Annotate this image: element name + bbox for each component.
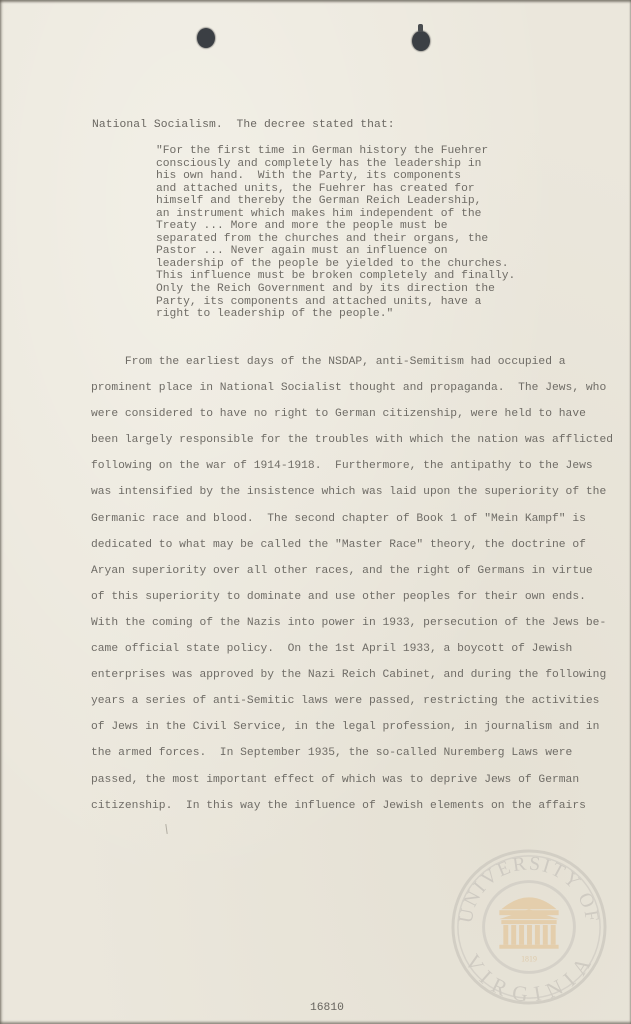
body-line: prominent place in National Socialist th…	[91, 381, 613, 407]
body-line: From the earliest days of the NSDAP, ant…	[91, 355, 613, 381]
quote-line: and attached units, the Fuehrer has crea…	[156, 183, 515, 196]
quote-line: Only the Reich Government and by its dir…	[156, 283, 515, 296]
quote-line: "For the first time in German history th…	[156, 145, 515, 158]
body-line: of Jews in the Civil Service, in the leg…	[91, 720, 613, 746]
body-line: Germanic race and blood. The second chap…	[91, 512, 613, 538]
body-line: citizenship. In this way the influence o…	[91, 799, 613, 825]
body-line: dedicated to what may be called the "Mas…	[91, 538, 613, 564]
university-seal-watermark: UNIVERSITY OF VIRGINIA 1819	[450, 848, 608, 1006]
quote-line: leadership of the people be yielded to t…	[156, 258, 515, 271]
body-line: Aryan superiority over all other races, …	[91, 564, 613, 590]
body-line: was intensified by the insistence which …	[91, 485, 613, 511]
document-page: National Socialism. The decree stated th…	[0, 0, 631, 1024]
body-line: years a series of anti-Semitic laws were…	[91, 694, 613, 720]
quote-line: separated from the churches and their or…	[156, 233, 515, 246]
quote-line: himself and thereby the German Reich Lea…	[156, 195, 515, 208]
quote-line: Pastor ... Never again must an influence…	[156, 245, 515, 258]
body-line: of this superiority to dominate and use …	[91, 590, 613, 616]
body-line: following on the war of 1914-1918. Furth…	[91, 459, 613, 485]
quote-line: Treaty ... More and more the people must…	[156, 220, 515, 233]
quote-line: Party, its components and attached units…	[156, 296, 515, 309]
body-line: enterprises was approved by the Nazi Rei…	[91, 668, 613, 694]
quote-line: This influence must be broken completely…	[156, 270, 515, 283]
quote-line: consciously and completely has the leade…	[156, 158, 515, 171]
stray-pencil-mark	[165, 824, 167, 834]
body-paragraph: From the earliest days of the NSDAP, ant…	[91, 355, 613, 825]
body-line: With the coming of the Nazis into power …	[91, 616, 613, 642]
body-line: came official state policy. On the 1st A…	[91, 642, 613, 668]
punch-hole-right	[412, 31, 430, 51]
body-line: the armed forces. In September 1935, the…	[91, 746, 613, 772]
quote-line: right to leadership of the people."	[156, 308, 515, 321]
decree-quote-block: "For the first time in German history th…	[156, 145, 515, 321]
rotunda-icon	[499, 897, 558, 948]
body-line: were considered to have no right to Germ…	[91, 407, 613, 433]
intro-line: National Socialism. The decree stated th…	[92, 119, 395, 131]
page-number: 16810	[310, 1002, 344, 1014]
quote-line: his own hand. With the Party, its compon…	[156, 170, 515, 183]
seal-year: 1819	[521, 955, 537, 964]
quote-line: an instrument which makes him independen…	[156, 208, 515, 221]
body-line: been largely responsible for the trouble…	[91, 433, 613, 459]
punch-hole-left	[197, 28, 215, 48]
body-line: passed, the most important effect of whi…	[91, 773, 613, 799]
